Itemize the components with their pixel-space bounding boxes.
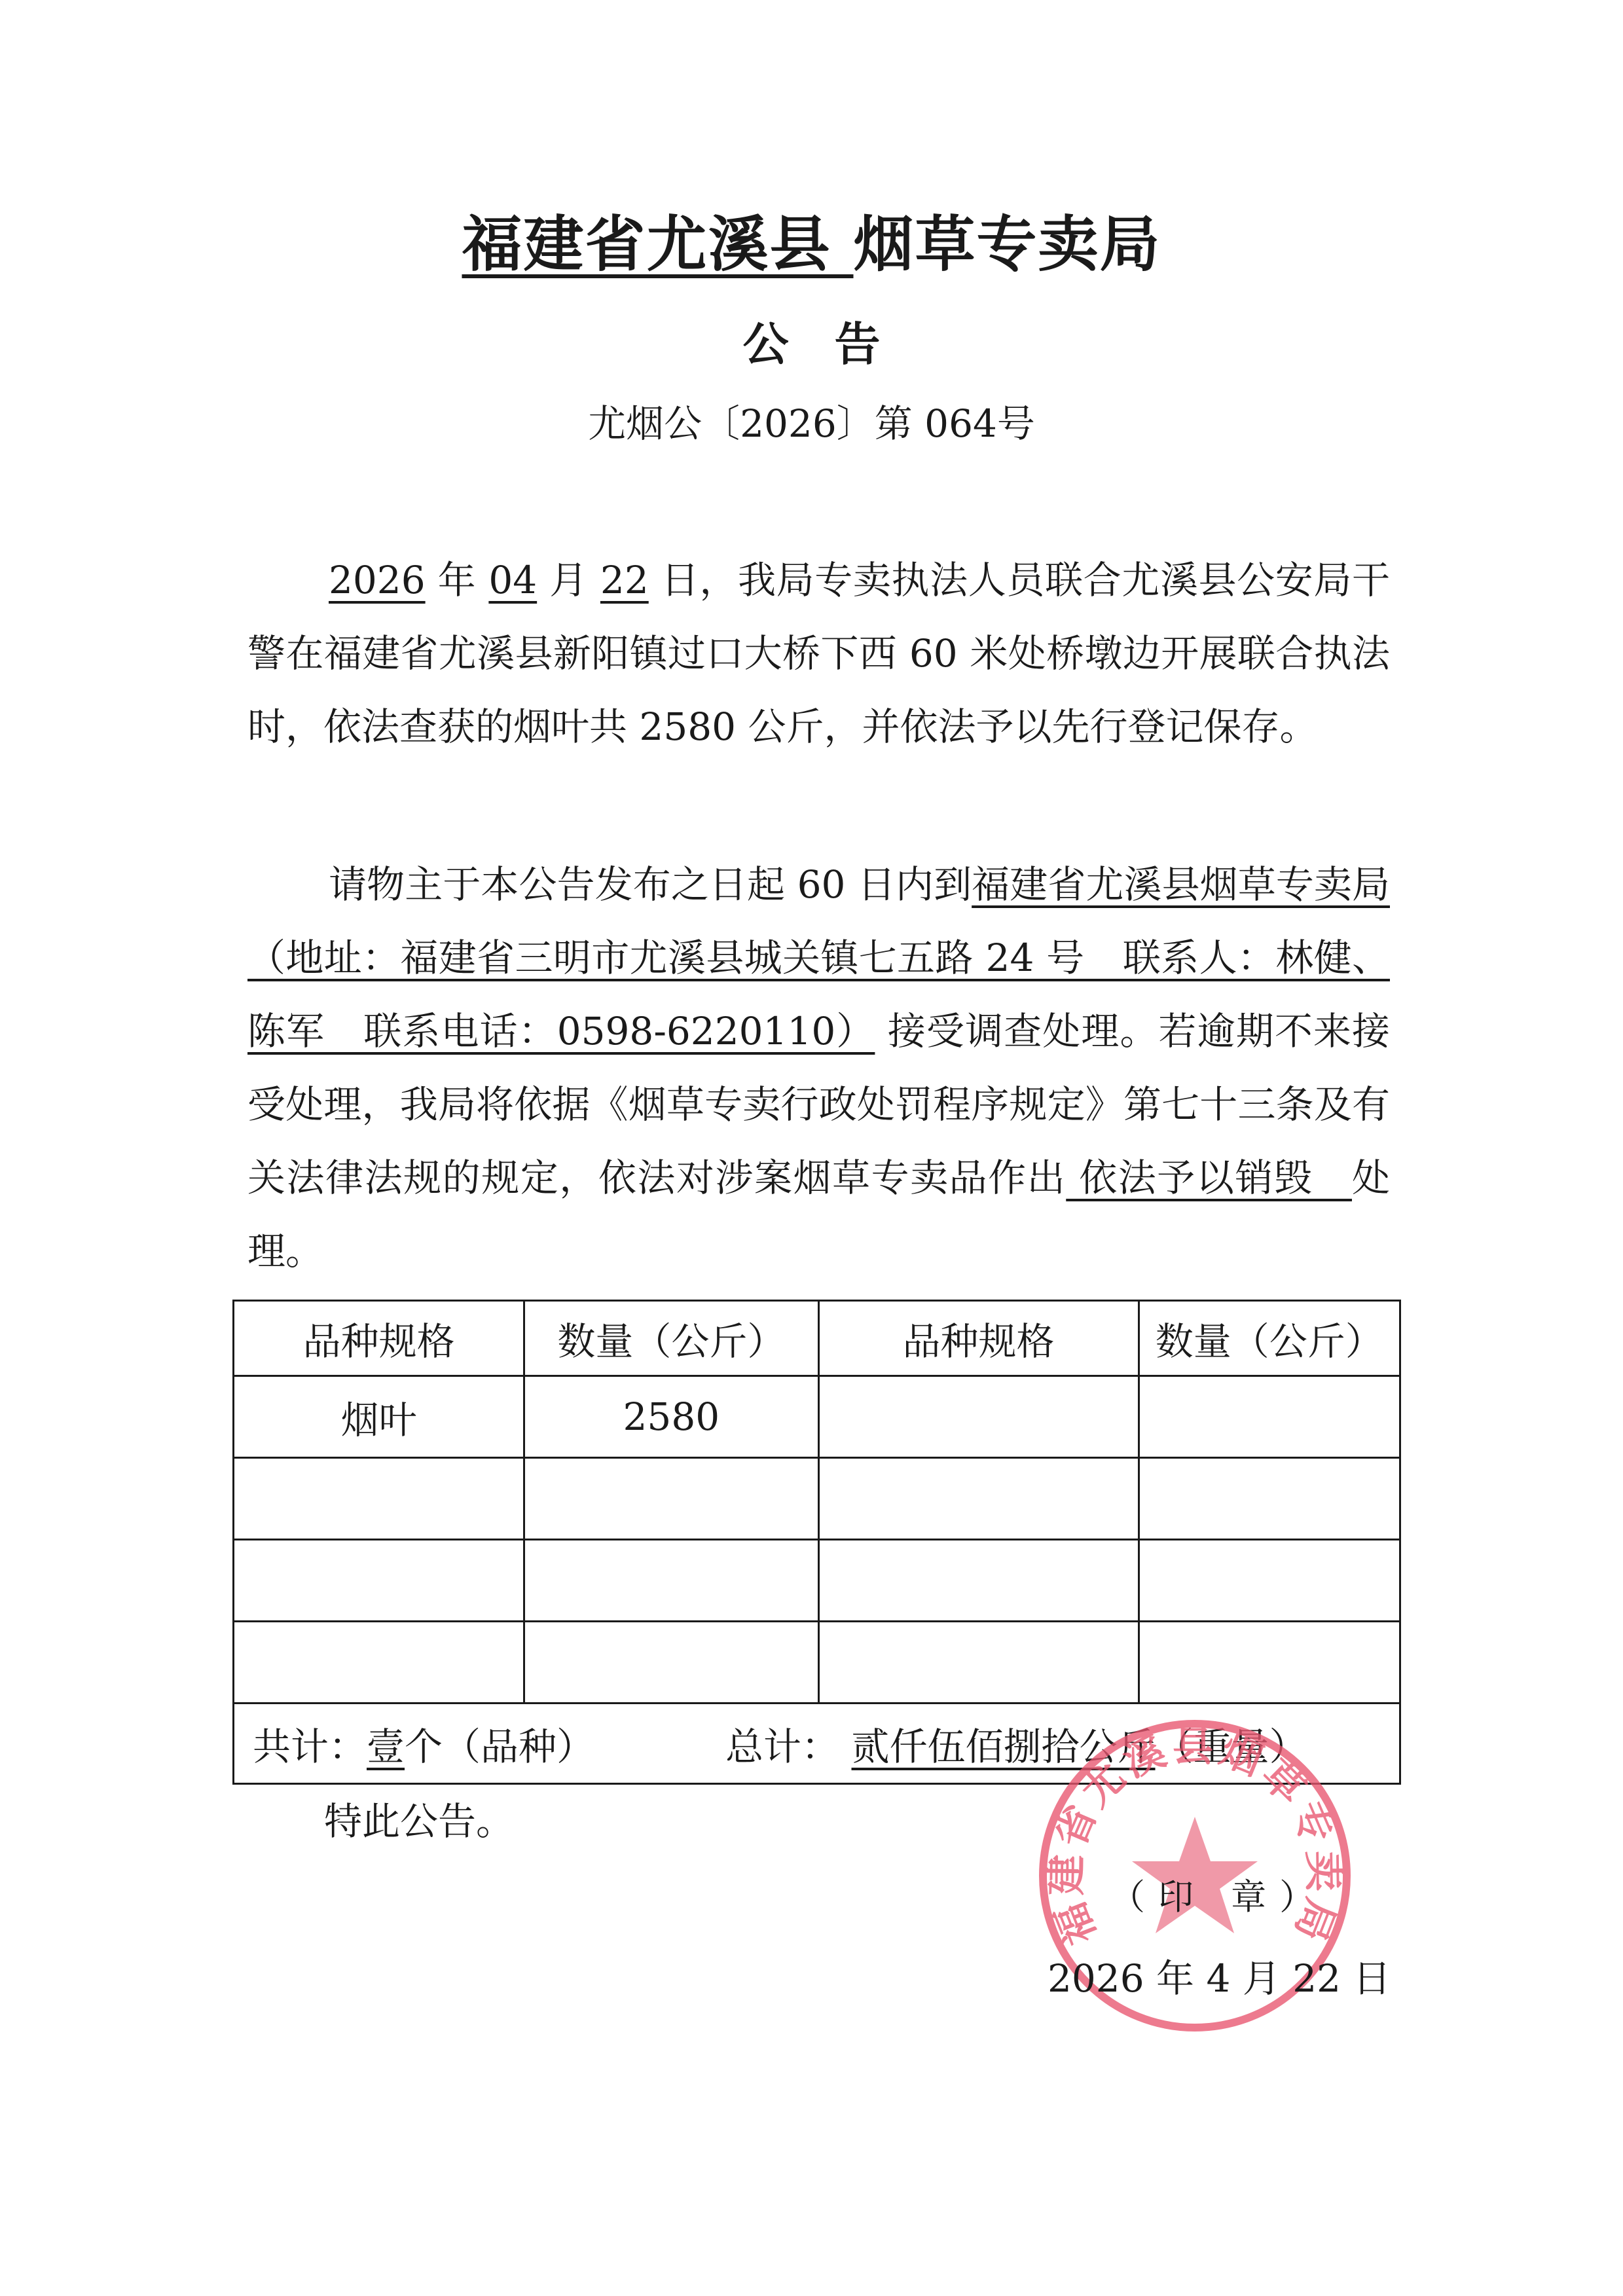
count-label: 共计： bbox=[253, 1724, 367, 1769]
header-spec-2: 品种规格 bbox=[818, 1301, 1139, 1376]
header-spec-1: 品种规格 bbox=[234, 1301, 524, 1376]
seal-label: （印 章） bbox=[1110, 1869, 1328, 1920]
seizure-year: 2026 bbox=[329, 558, 426, 602]
table-summary-row: 共计：壹个（品种）总计： 贰仟伍佰捌拾公斤（重量） bbox=[234, 1704, 1400, 1784]
total-label: 总计： bbox=[725, 1724, 839, 1769]
document-title: 福建省尤溪县 烟草专卖局 bbox=[0, 196, 1623, 283]
document-subtitle: 公告 bbox=[0, 308, 1623, 374]
table-header-row: 品种规格 数量（公斤） 品种规格 数量（公斤） bbox=[234, 1301, 1400, 1376]
paragraph-notice: 请物主于本公告发布之日起 60 日内到福建省尤溪县烟草专卖局（地址：福建省三明市… bbox=[247, 848, 1390, 1288]
closing-statement: 特此公告。 bbox=[324, 1791, 514, 1846]
document-number: 尤烟公〔2026〕第 064号 bbox=[0, 393, 1623, 448]
header-qty-2: 数量（公斤） bbox=[1139, 1301, 1400, 1376]
paragraph-seizure: 2026 年 04 月 22 日，我局专卖执法人员联合尤溪县公安局干警在福建省尤… bbox=[247, 543, 1390, 763]
seized-items-table: 品种规格 数量（公斤） 品种规格 数量（公斤） 烟叶 2580 共计：壹个（品种… bbox=[232, 1300, 1401, 1785]
title-agency-underlined: 福建省尤溪县 bbox=[462, 210, 853, 280]
table-row: 烟叶 2580 bbox=[234, 1376, 1400, 1458]
table-row bbox=[234, 1540, 1400, 1622]
header-qty-1: 数量（公斤） bbox=[524, 1301, 818, 1376]
issue-date: 2026 年 4 月 22 日 bbox=[1048, 1948, 1391, 2003]
total-value: 贰仟伍佰捌拾公斤 bbox=[852, 1724, 1156, 1769]
table-row bbox=[234, 1458, 1400, 1540]
seizure-month: 04 bbox=[488, 558, 537, 602]
table-row bbox=[234, 1622, 1400, 1704]
disposal-method: 依法予以销毁 bbox=[1066, 1156, 1352, 1200]
seizure-day: 22 bbox=[600, 558, 649, 602]
title-agency-rest: 烟草专卖局 bbox=[854, 210, 1161, 280]
count-value: 壹 bbox=[367, 1724, 405, 1769]
